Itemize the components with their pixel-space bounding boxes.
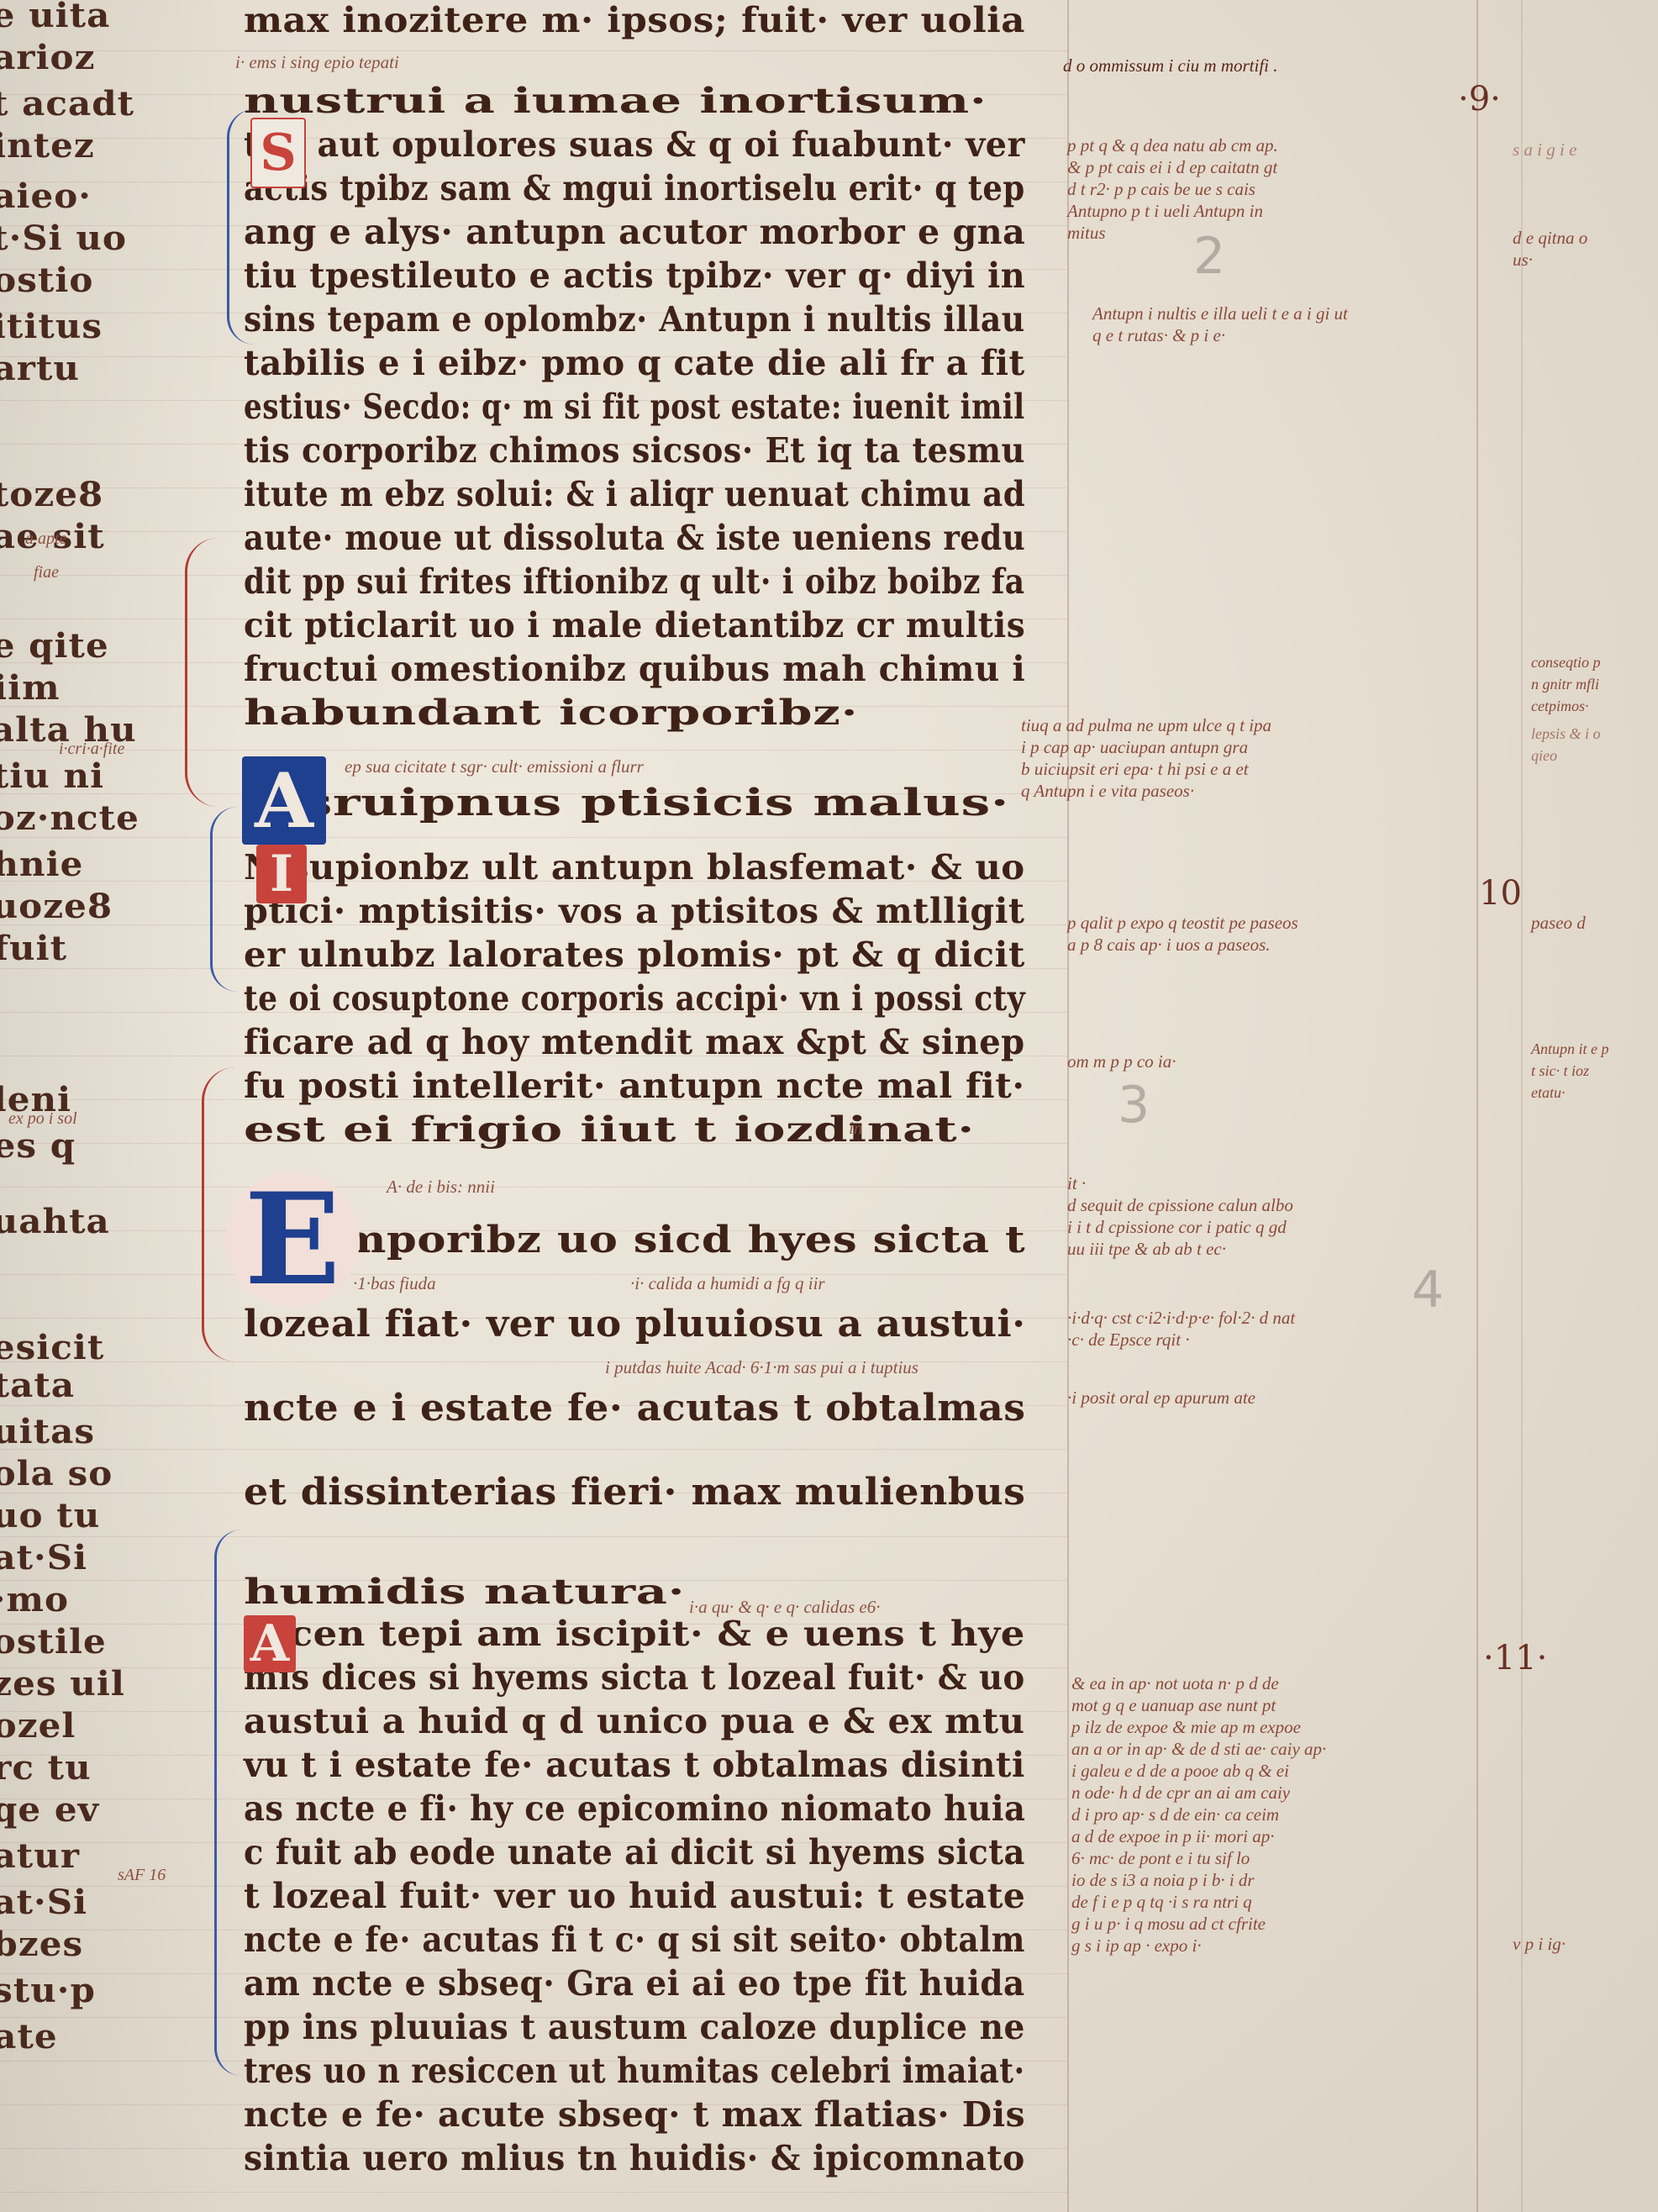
left-column-line: toze8 (0, 475, 103, 514)
manuscript-text-line: estius· Secdo: q· m si fit post estate: … (244, 387, 1025, 427)
left-column-line: aieo· (0, 176, 92, 216)
manuscript-text-line: E temporibz uo sicd hyes sicta t (244, 1219, 1025, 1261)
left-column-line: ostile (0, 1622, 107, 1662)
left-column-line: ·mo (0, 1580, 69, 1619)
manuscript-page: e uitaariozt acadtintezaieo·t·Si uoostio… (0, 0, 1658, 2212)
margin-gloss: ·i posit oral ep apurum ate (1067, 1387, 1255, 1409)
manuscript-text-line: tabilis e i eibz· pmo q cate die ali fr … (244, 343, 1025, 383)
interlinear-gloss: ·i· calida a humidi a fg q iir (630, 1273, 825, 1294)
left-column-line: bzes (0, 1925, 83, 1964)
manuscript-text-line: cit pticlarit uo i male dietantibz cr mu… (244, 605, 1025, 645)
left-column-line: hnie (0, 845, 83, 884)
section-number-9: ·9· (1458, 80, 1501, 118)
manuscript-text-line: mis dices si hyems sicta t lozeal fuit· … (244, 1657, 1025, 1698)
manuscript-text-line: c fuit ab eode unate ai dicit si hyems s… (244, 1832, 1025, 1872)
interlinear-gloss: i· ems i sing epio tepati (235, 52, 399, 73)
manuscript-text-line: actis tpibz sam & mgui inortiselu erit· … (244, 168, 1025, 208)
left-column-line: iim (0, 668, 61, 708)
manuscript-text-line: est ei frigio iiut t iozdinat· (244, 1109, 975, 1150)
left-column-line: uoze8 (0, 887, 113, 926)
margin-rule-left (1067, 0, 1069, 2212)
manuscript-text-line: t lozeal fuit· ver uo huid austui: t est… (244, 1876, 1025, 1916)
interlinear-gloss: i putdas huite Acad· 6·1·m sas pui a i t… (605, 1357, 918, 1378)
manuscript-text-line: tiu tpestileuto e actis tpibz· ver q· di… (244, 255, 1025, 296)
outer-margin-note: conseqtio p n gnitr mfli cetpimos· (1531, 651, 1601, 717)
left-column-line: at·Si (0, 1538, 87, 1577)
left-column-line: artu (0, 349, 80, 388)
left-column-line: uahta (0, 1202, 110, 1241)
margin-gloss: it · d sequit de cpissione calun albo i … (1067, 1172, 1293, 1260)
manuscript-text-line: max inozitere m· ipsos; fuit· ver uolia (244, 0, 1025, 40)
manuscript-text-line: pp ins pluuias t austum caloze duplice n… (244, 2007, 1025, 2047)
manuscript-text-line: as ncte e fi· hy ce epicomino niomato hu… (244, 1788, 1025, 1829)
margin-gloss: tiuq a ad pulma ne upm ulce q t ipa i p … (1021, 714, 1271, 802)
initial-a-red: A (244, 1615, 296, 1672)
left-column-line: fuit (0, 929, 67, 968)
left-column-line: stu·p (0, 1971, 96, 2010)
left-text-column: e uitaariozt acadtintezaieo·t·Si uoostio… (0, 0, 218, 2212)
manuscript-text-line: am ncte e sbseq· Gra ei ai eo tpe fit hu… (244, 1963, 1025, 2004)
manuscript-text-line: ficare ad q hoy mtendit max &pt & sinep (244, 1022, 1025, 1062)
pencil-number-4: 4 (1412, 1261, 1444, 1319)
left-column-gloss: a apte (25, 529, 66, 549)
manuscript-text-line: austui a huid q d unico pua e & ex mtu (244, 1701, 1025, 1741)
manuscript-text-line: N supionbz ult antupn blasfemat· & uo (244, 847, 1025, 887)
section-number-10: 10 (1479, 874, 1522, 913)
outer-margin-note: lepsis & i o qieo (1531, 723, 1601, 766)
left-column-line: esicit (0, 1328, 104, 1367)
left-column-gloss: sAF 16 (118, 1866, 166, 1885)
penwork-flourish-blue (210, 807, 238, 992)
manuscript-text-line: sintia uero mlius tn huidis· & ipicomnat… (244, 2138, 1025, 2178)
manuscript-text-line: itute m ebz solui: & i aliqr uenuat chim… (244, 474, 1025, 514)
manuscript-text-line: ncte e i estate fe· acutas t obtalmas (244, 1387, 1025, 1430)
left-column-gloss: i·cri·a·fite (59, 740, 124, 759)
left-column-line: qe ev (0, 1790, 99, 1830)
manuscript-text-line: fu posti intellerit· antupn ncte mal fit… (244, 1066, 1025, 1106)
penwork-flourish-blue (214, 1530, 242, 2076)
left-column-line: arioz (0, 38, 96, 77)
outer-margin-note: d e qitna o us· (1513, 227, 1587, 271)
left-column-line: atur (0, 1836, 80, 1876)
manuscript-text-line: humidis natura· (244, 1572, 685, 1612)
manuscript-text-line: tis corporibz chimos sicsos· Et iq ta te… (244, 430, 1025, 471)
initial-i: I (256, 845, 307, 903)
margin-gloss: om m p p co ia· (1067, 1051, 1176, 1072)
manuscript-text-line: er ulnubz lalorates plomis· pt & q dicit (244, 935, 1025, 975)
left-column-gloss: fiae (34, 563, 59, 582)
manuscript-text-line: nustrui a iumae inortisum· (244, 81, 987, 121)
manuscript-text-line: tpa aut opulores suas & q oi fuabunt· ve… (244, 124, 1025, 165)
manuscript-text-line: fructui omestionibz quibus mah chimu i (244, 649, 1025, 689)
left-column-line: rc tu (0, 1748, 92, 1788)
main-text-column: max inozitere m· ipsos; fuit· ver uolian… (235, 0, 1042, 2212)
left-column-line: ola so (0, 1454, 113, 1493)
left-column-line: e qite (0, 626, 109, 666)
margin-rule-right (1476, 0, 1478, 2212)
margin-rule-outer (1521, 0, 1523, 2212)
left-column-line: ate (0, 2017, 58, 2057)
left-column-line: uo tu (0, 1496, 100, 1535)
interlinear-gloss: i·a qu· & q· e q· calidas e6· (689, 1597, 880, 1618)
manuscript-text-line: sins tepam e oplombz· Antupn i nultis il… (244, 299, 1025, 340)
interlinear-gloss: ep sua cicitate t sgr· cult· emissioni a… (345, 756, 644, 777)
manuscript-text-line: vu t i estate fe· acutas t obtalmas disi… (244, 1745, 1025, 1785)
margin-gloss: p pt q & q dea natu ab cm ap. & p pt cai… (1067, 134, 1278, 244)
left-column-line: at·Si (0, 1883, 87, 1922)
manuscript-text-line: aute· moue ut dissoluta & iste ueniens r… (244, 518, 1025, 558)
manuscript-text-line: dit pp sui frites iftionibz q ult· i oib… (244, 561, 1025, 602)
left-column-gloss: ex po i sol (8, 1109, 77, 1129)
left-column-line: es q (0, 1126, 76, 1166)
left-column-line: t·Si uo (0, 219, 127, 258)
manuscript-text-line: ptici· mptisitis· vos a ptisitos & mtlli… (244, 891, 1024, 931)
manuscript-text-line: ncte e fe· acutas fi t c· q si sit seito… (244, 1920, 1025, 1960)
initial-a: A (242, 756, 326, 845)
penwork-flourish-red (185, 538, 221, 807)
pencil-number-3: 3 (1118, 1076, 1150, 1135)
manuscript-text-line: ncte e fe· acute sbseq· t max flatias· D… (244, 2094, 1025, 2135)
left-column-line: tiu ni (0, 756, 104, 796)
left-column-line: tata (0, 1366, 75, 1405)
initial-s: S (250, 118, 306, 188)
manuscript-text-line: et dissinterias fieri· max mulienbus (244, 1471, 1025, 1514)
outer-margin-note: paseo d (1531, 912, 1586, 934)
margin-gloss: ·i·d·q· cst c·i2·i·d·p·e· fol·2· d nat ·… (1067, 1307, 1295, 1351)
section-number-11: ·11· (1483, 1639, 1547, 1677)
margin-gloss: Antupn i nultis e illa ueli t e a i gi u… (1092, 303, 1348, 346)
left-column-line: ititus (0, 307, 103, 346)
left-column-line: intez (0, 126, 95, 166)
outer-margin-note: s a i g i e (1513, 139, 1576, 161)
outer-margin-note: v p i ig· (1513, 1933, 1566, 1955)
interlinear-gloss: A· de i bis: nnii (387, 1177, 495, 1198)
manuscript-text-line: B cen tepi am iscipit· & e uens t hye (244, 1614, 1025, 1654)
initial-e: E (225, 1172, 360, 1307)
left-column-line: e uita (0, 0, 110, 35)
margin-gloss: & ea in ap· not uota n· p d de mot g q e… (1071, 1672, 1326, 1957)
left-column-line: oz·ncte (0, 798, 139, 838)
manuscript-text-line: A sruipnus ptisicis malus· (244, 782, 1009, 824)
left-column-line: t acadt (0, 84, 134, 124)
manuscript-text-line: lozeal fiat· ver uo pluuiosu a austui· (244, 1303, 1025, 1346)
manuscript-text-line: te oi cosuptone corporis accipi· vn i po… (244, 978, 1025, 1019)
manuscript-text-line: tres uo n resiccen ut humitas celebri im… (244, 2051, 1025, 2091)
outer-margin-note: Antupn it e p t sic· t ioz etatu· (1531, 1038, 1609, 1103)
manuscript-text-line: ang e alys· antupn acutor morbor e gna (244, 212, 1025, 252)
interlinear-gloss: in (849, 1118, 862, 1139)
interlinear-gloss: ·1·bas fiuda (353, 1273, 436, 1294)
margin-gloss: p qalit p expo q teostit pe paseos a p 8… (1067, 912, 1298, 956)
left-column-line: zes uil (0, 1664, 125, 1704)
left-column-line: uitas (0, 1412, 95, 1451)
manuscript-text-line: habundant icorporibz· (244, 693, 858, 733)
left-column-line: ozel (0, 1706, 76, 1746)
left-column-line: ostio (0, 261, 93, 300)
margin-gloss: d o ommissum i ciu m mortifi . (1063, 55, 1278, 76)
